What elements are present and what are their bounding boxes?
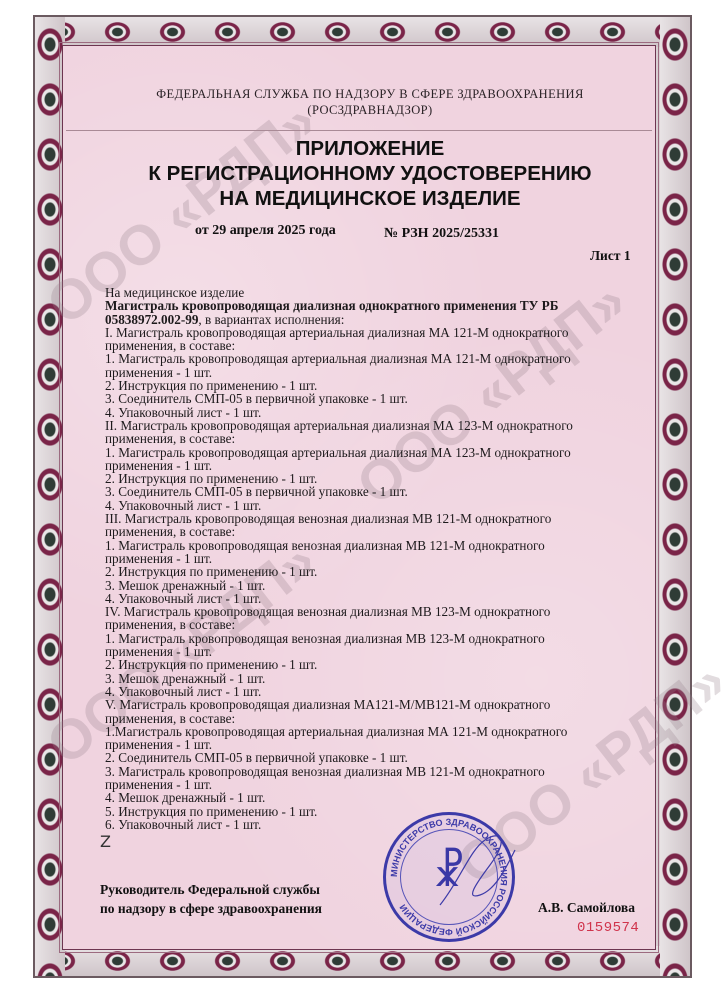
- list-item: 3. Соединитель СМП-05 в первичной упаков…: [105, 485, 635, 498]
- product-spec-line: 05838972.002-99, в вариантах исполнения:: [105, 313, 635, 326]
- list-item: 4. Мешок дренажный - 1 шт.: [105, 791, 635, 804]
- list-item: применения - 1 шт.: [105, 645, 635, 658]
- list-item: применения - 1 шт.: [105, 552, 635, 565]
- list-item: 3. Мешок дренажный - 1 шт.: [105, 672, 635, 685]
- list-item: 1. Магистраль кровопроводящая артериальн…: [105, 446, 635, 459]
- list-item: применения, в составе:: [105, 712, 635, 725]
- title-line: НА МЕДИЦИНСКОЕ ИЗДЕЛИЕ: [100, 186, 640, 211]
- list-item: 3. Мешок дренажный - 1 шт.: [105, 579, 635, 592]
- issue-date: от 29 апреля 2025 года: [195, 223, 336, 239]
- list-item: IV. Магистраль кровопроводящая венозная …: [105, 605, 635, 618]
- list-item: V. Магистраль кровопроводящая диализная …: [105, 698, 635, 711]
- list-item: применения - 1 шт.: [105, 738, 635, 751]
- issuing-agency: ФЕДЕРАЛЬНАЯ СЛУЖБА ПО НАДЗОРУ В СФЕРЕ ЗД…: [100, 86, 640, 118]
- list-item: применения, в составе:: [105, 618, 635, 631]
- list-item: 4. Упаковочный лист - 1 шт.: [105, 685, 635, 698]
- title-line: К РЕГИСТРАЦИОННОМУ УДОСТОВЕРЕНИЮ: [100, 161, 640, 186]
- list-item: 5. Инструкция по применению - 1 шт.: [105, 805, 635, 818]
- signer-position-line: Руководитель Федеральной службы: [100, 880, 322, 899]
- list-item: применения, в составе:: [105, 432, 635, 445]
- product-name: Магистраль кровопроводящая диализная одн…: [105, 299, 635, 312]
- agency-abbreviation: (РОСЗДРАВНАДЗОР): [100, 102, 640, 118]
- list-item: 2. Инструкция по применению - 1 шт.: [105, 472, 635, 485]
- list-item: 4. Упаковочный лист - 1 шт.: [105, 499, 635, 512]
- signer-name: А.В. Самойлова: [538, 900, 635, 916]
- list-item: 4. Упаковочный лист - 1 шт.: [105, 592, 635, 605]
- list-item: 1.Магистраль кровопроводящая артериальна…: [105, 725, 635, 738]
- list-item: 2. Инструкция по применению - 1 шт.: [105, 658, 635, 671]
- list-item: 3. Магистраль кровопроводящая венозная д…: [105, 765, 635, 778]
- list-item: 2. Инструкция по применению - 1 шт.: [105, 565, 635, 578]
- sheet-number: Лист 1: [590, 248, 631, 264]
- list-item: применения, в составе:: [105, 339, 635, 352]
- device-description: На медицинское изделие Магистраль кровоп…: [105, 286, 635, 831]
- list-item: 4. Упаковочный лист - 1 шт.: [105, 406, 635, 419]
- title-line: ПРИЛОЖЕНИЕ: [100, 136, 640, 161]
- list-item: 6. Упаковочный лист - 1 шт.: [105, 818, 635, 831]
- list-item: 1. Магистраль кровопроводящая венозная д…: [105, 632, 635, 645]
- intro-text: На медицинское изделие: [105, 286, 635, 299]
- component-list: I. Магистраль кровопроводящая артериальн…: [105, 326, 635, 831]
- list-item: 3. Соединитель СМП-05 в первичной упаков…: [105, 392, 635, 405]
- end-of-list-mark: Z: [100, 832, 111, 851]
- list-item: 2. Соединитель СМП-05 в первичной упаков…: [105, 751, 635, 764]
- document-title: ПРИЛОЖЕНИЕ К РЕГИСТРАЦИОННОМУ УДОСТОВЕРЕ…: [100, 136, 640, 211]
- header-divider: [66, 130, 652, 131]
- list-item: 1. Магистраль кровопроводящая венозная д…: [105, 539, 635, 552]
- list-item: применения - 1 шт.: [105, 459, 635, 472]
- agency-name: ФЕДЕРАЛЬНАЯ СЛУЖБА ПО НАДЗОРУ В СФЕРЕ ЗД…: [100, 86, 640, 102]
- list-item: применения - 1 шт.: [105, 366, 635, 379]
- list-item: II. Магистраль кровопроводящая артериаль…: [105, 419, 635, 432]
- signature: [430, 810, 520, 920]
- list-item: III. Магистраль кровопроводящая венозная…: [105, 512, 635, 525]
- registration-number: № РЗН 2025/25331: [384, 226, 499, 242]
- signer-position: Руководитель Федеральной службы по надзо…: [100, 880, 322, 918]
- list-item: I. Магистраль кровопроводящая артериальн…: [105, 326, 635, 339]
- list-item: 1. Магистраль кровопроводящая артериальн…: [105, 352, 635, 365]
- list-item: применения - 1 шт.: [105, 778, 635, 791]
- serial-number: 0159574: [577, 920, 639, 936]
- document-content: ООО «РДП» ООО «РДП» ООО «РДП» ООО «РДП» …: [0, 0, 727, 1000]
- list-item: применения, в составе:: [105, 525, 635, 538]
- signer-position-line: по надзору в сфере здравоохранения: [100, 899, 322, 918]
- list-item: 2. Инструкция по применению - 1 шт.: [105, 379, 635, 392]
